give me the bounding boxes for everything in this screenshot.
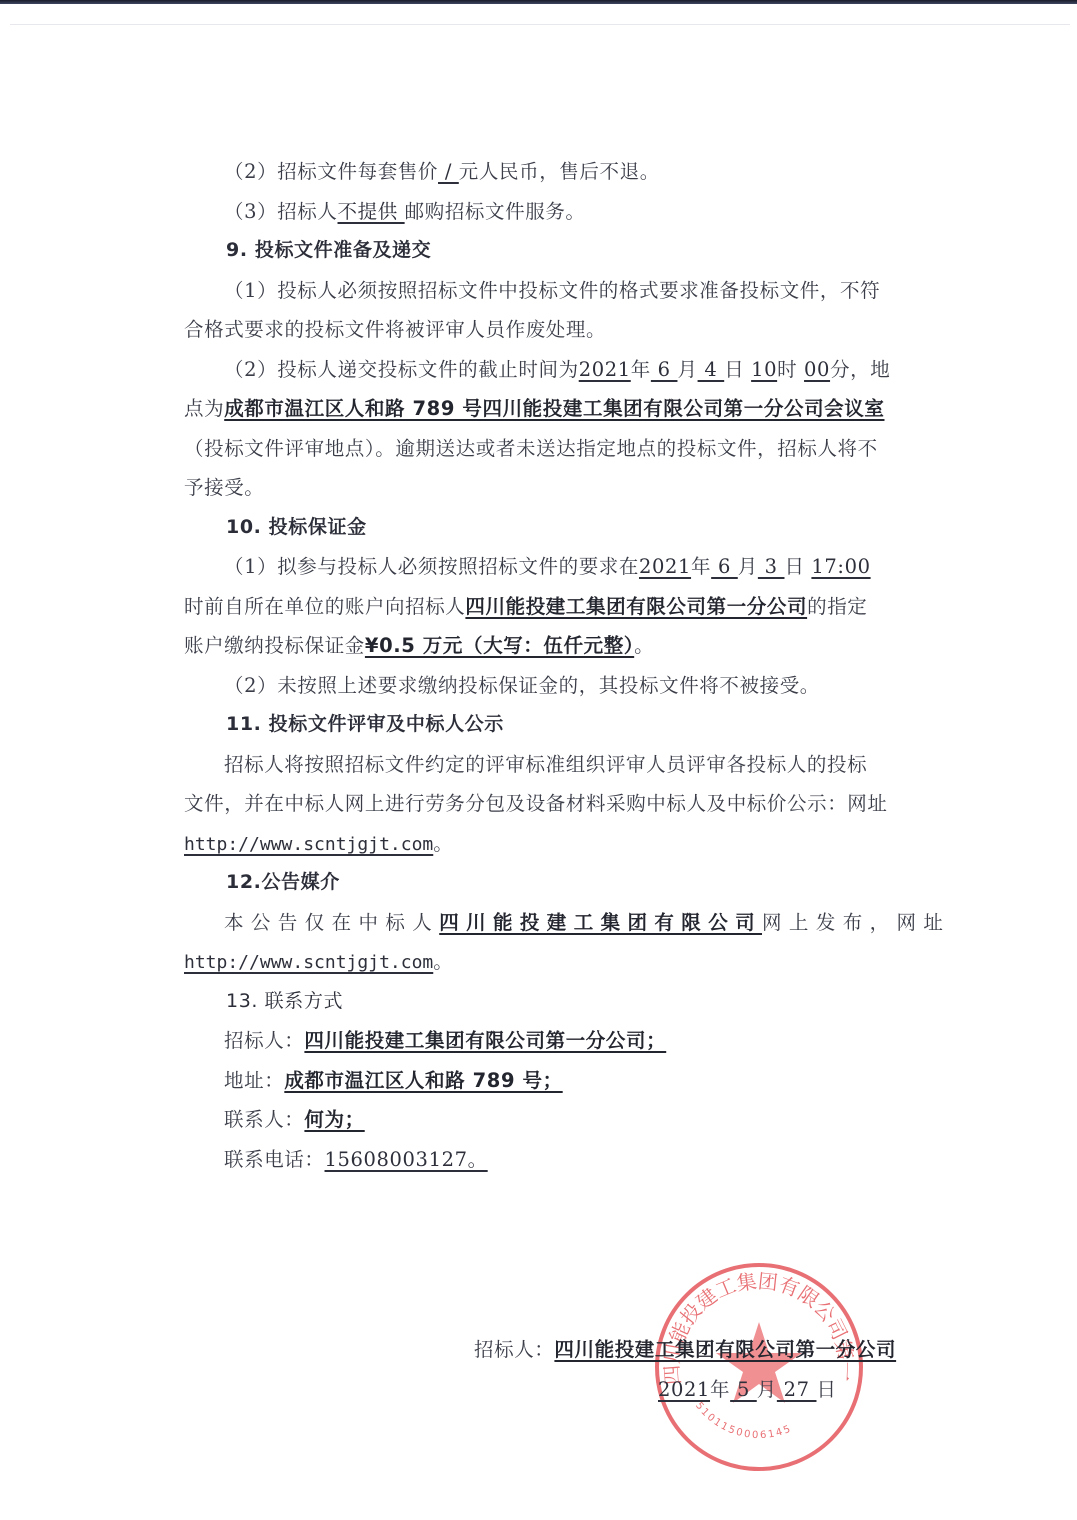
s9-item2-line2: 点为成都市温江区人和路 789 号四川能投建工集团有限公司第一分公司会议室: [184, 389, 934, 429]
deposit-recipient: 四川能投建工集团有限公司第一分公司: [465, 595, 807, 618]
text: 网上发布，: [762, 911, 897, 934]
text: 。: [433, 832, 453, 855]
s9-item1-line1: （1）投标人必须按照招标文件中投标文件的格式要求准备投标文件，不符: [184, 271, 934, 311]
section-12-title: 12.公告媒介: [184, 863, 934, 903]
deadline-minute: 00: [804, 358, 830, 381]
deposit-time: 17:00: [811, 555, 870, 578]
text: 年: [631, 358, 651, 381]
text: 年: [710, 1378, 730, 1401]
deadline-month: 6: [651, 358, 678, 381]
deposit-year: 2021: [639, 555, 691, 578]
section-13-title: 13. 联系方式: [184, 982, 934, 1022]
signature-day: 27: [777, 1378, 817, 1401]
contact-person-value: 何为；: [304, 1108, 376, 1131]
s8-item2: （2）招标文件每套售价 / 元人民币，售后不退。: [184, 152, 934, 192]
text: 日: [816, 1378, 836, 1401]
text: 点为: [184, 397, 224, 420]
price-value: /: [438, 160, 459, 183]
publisher-company: 四川能投建工集团有限公司: [439, 911, 762, 934]
signature-date: 2021年 5 月 27 日: [474, 1370, 934, 1410]
section-10-title: 10. 投标保证金: [184, 508, 934, 548]
text: 的指定: [807, 595, 867, 618]
scan-top-edge: [0, 0, 1077, 4]
text: 。: [634, 634, 654, 657]
s12-justified: 本公告仅在中标人四川能投建工集团有限公司网上发布， 网址: [224, 903, 932, 943]
s10-item2: （2）未按照上述要求缴纳投标保证金的，其投标文件将不被接受。: [184, 666, 934, 706]
tenderer-value: 四川能投建工集团有限公司第一分公司；: [304, 1029, 690, 1052]
mail-service-value: 不提供: [338, 200, 405, 223]
s11-url-line: http://www.scntjgjt.com。: [184, 824, 934, 864]
text: （1）拟参与投标人必须按照招标文件的要求在: [224, 555, 639, 578]
text: 网址: [897, 903, 951, 943]
s8-item3: （3）招标人不提供 邮购招标文件服务。: [184, 192, 934, 232]
text: 月: [738, 555, 758, 578]
text: 日: [784, 555, 804, 578]
section-11-title: 11. 投标文件评审及中标人公示: [184, 705, 934, 745]
section-9-title: 9. 投标文件准备及递交: [184, 231, 934, 271]
text: 月: [757, 1378, 777, 1401]
text: 时: [777, 358, 797, 381]
scan-artifact-line: [10, 24, 1070, 25]
s11-line1: 招标人将按照招标文件约定的评审标准组织评审人员评审各投标人的投标: [184, 745, 934, 785]
label: 联系电话：: [224, 1148, 325, 1171]
s9-item2-line4: 予接受。: [184, 468, 934, 508]
s10-item1-line3: 账户缴纳投标保证金¥0.5 万元（大写：伍仟元整）。: [184, 626, 934, 666]
deadline-year: 2021: [579, 358, 631, 381]
text: （3）招标人: [224, 200, 338, 223]
deposit-amount: ¥0.5 万元（大写：伍仟元整）: [365, 634, 634, 657]
s9-item1-line2: 合格式要求的投标文件将被评审人员作废处理。: [184, 310, 934, 350]
s11-line2: 文件，并在中标人网上进行劳务分包及设备材料采购中标人及中标价公示：网址: [184, 784, 934, 824]
s10-item1-line1: （1）拟参与投标人必须按照招标文件的要求在2021年 6 月 3 日 17:00: [184, 547, 934, 587]
deposit-month: 6: [711, 555, 738, 578]
contact-person: 联系人：何为；: [184, 1100, 934, 1140]
s9-item2-line3: （投标文件评审地点）。逾期送达或者未送达指定地点的投标文件，招标人将不: [184, 429, 934, 469]
address-value: 成都市温江区人和路 789 号；: [284, 1069, 576, 1092]
text: 分，地: [830, 358, 890, 381]
text: 邮购招标文件服务。: [405, 200, 586, 223]
s9-item2-line1: （2）投标人递交投标文件的截止时间为2021年 6 月 4 日 10时 00分，…: [184, 350, 934, 390]
label: 招标人：: [474, 1338, 554, 1361]
s10-item1-line2: 时前自所在单位的账户向招标人四川能投建工集团有限公司第一分公司的指定: [184, 587, 934, 627]
document-body: （2）招标文件每套售价 / 元人民币，售后不退。 （3）招标人不提供 邮购招标文…: [184, 152, 934, 1179]
s12-left: 本公告仅在中标人四川能投建工集团有限公司网上发布，: [224, 903, 897, 943]
signature-year: 2021: [658, 1378, 710, 1401]
contact-phone: 联系电话：15608003127。: [184, 1140, 934, 1180]
label: 地址：: [224, 1069, 284, 1092]
phone-value: 15608003127。: [325, 1148, 498, 1171]
text: 元人民币，售后不退。: [459, 160, 660, 183]
submission-location: 成都市温江区人和路 789 号四川能投建工集团有限公司第一分公司会议室: [224, 397, 884, 420]
signature-tenderer: 招标人：四川能投建工集团有限公司第一分公司: [474, 1330, 934, 1370]
text: 账户缴纳投标保证金: [184, 634, 365, 657]
text: 月: [677, 358, 697, 381]
text: 时前自所在单位的账户向招标人: [184, 595, 465, 618]
s12-line1: 本公告仅在中标人四川能投建工集团有限公司网上发布， 网址: [184, 903, 934, 943]
deadline-day: 4: [698, 358, 725, 381]
text: 本公告仅在中标人: [224, 911, 439, 934]
text: （2）投标人递交投标文件的截止时间为: [224, 358, 579, 381]
text: 。: [433, 950, 453, 973]
website-link[interactable]: http://www.scntjgjt.com: [184, 834, 433, 855]
text: 日: [724, 358, 744, 381]
deadline-hour: 10: [751, 358, 777, 381]
label: 招标人：: [224, 1029, 304, 1052]
text: 年: [691, 555, 711, 578]
label: 联系人：: [224, 1108, 304, 1131]
deposit-day: 3: [758, 555, 785, 578]
signature-month: 5: [730, 1378, 757, 1401]
s12-url-line: http://www.scntjgjt.com。: [184, 942, 934, 982]
contact-tenderer: 招标人：四川能投建工集团有限公司第一分公司；: [184, 1021, 934, 1061]
website-link[interactable]: http://www.scntjgjt.com: [184, 952, 433, 973]
signature-block: 招标人：四川能投建工集团有限公司第一分公司 2021年 5 月 27 日: [474, 1330, 934, 1410]
text: （2）招标文件每套售价: [224, 160, 438, 183]
signature-company: 四川能投建工集团有限公司第一分公司: [554, 1338, 896, 1361]
contact-address: 地址：成都市温江区人和路 789 号；: [184, 1061, 934, 1101]
